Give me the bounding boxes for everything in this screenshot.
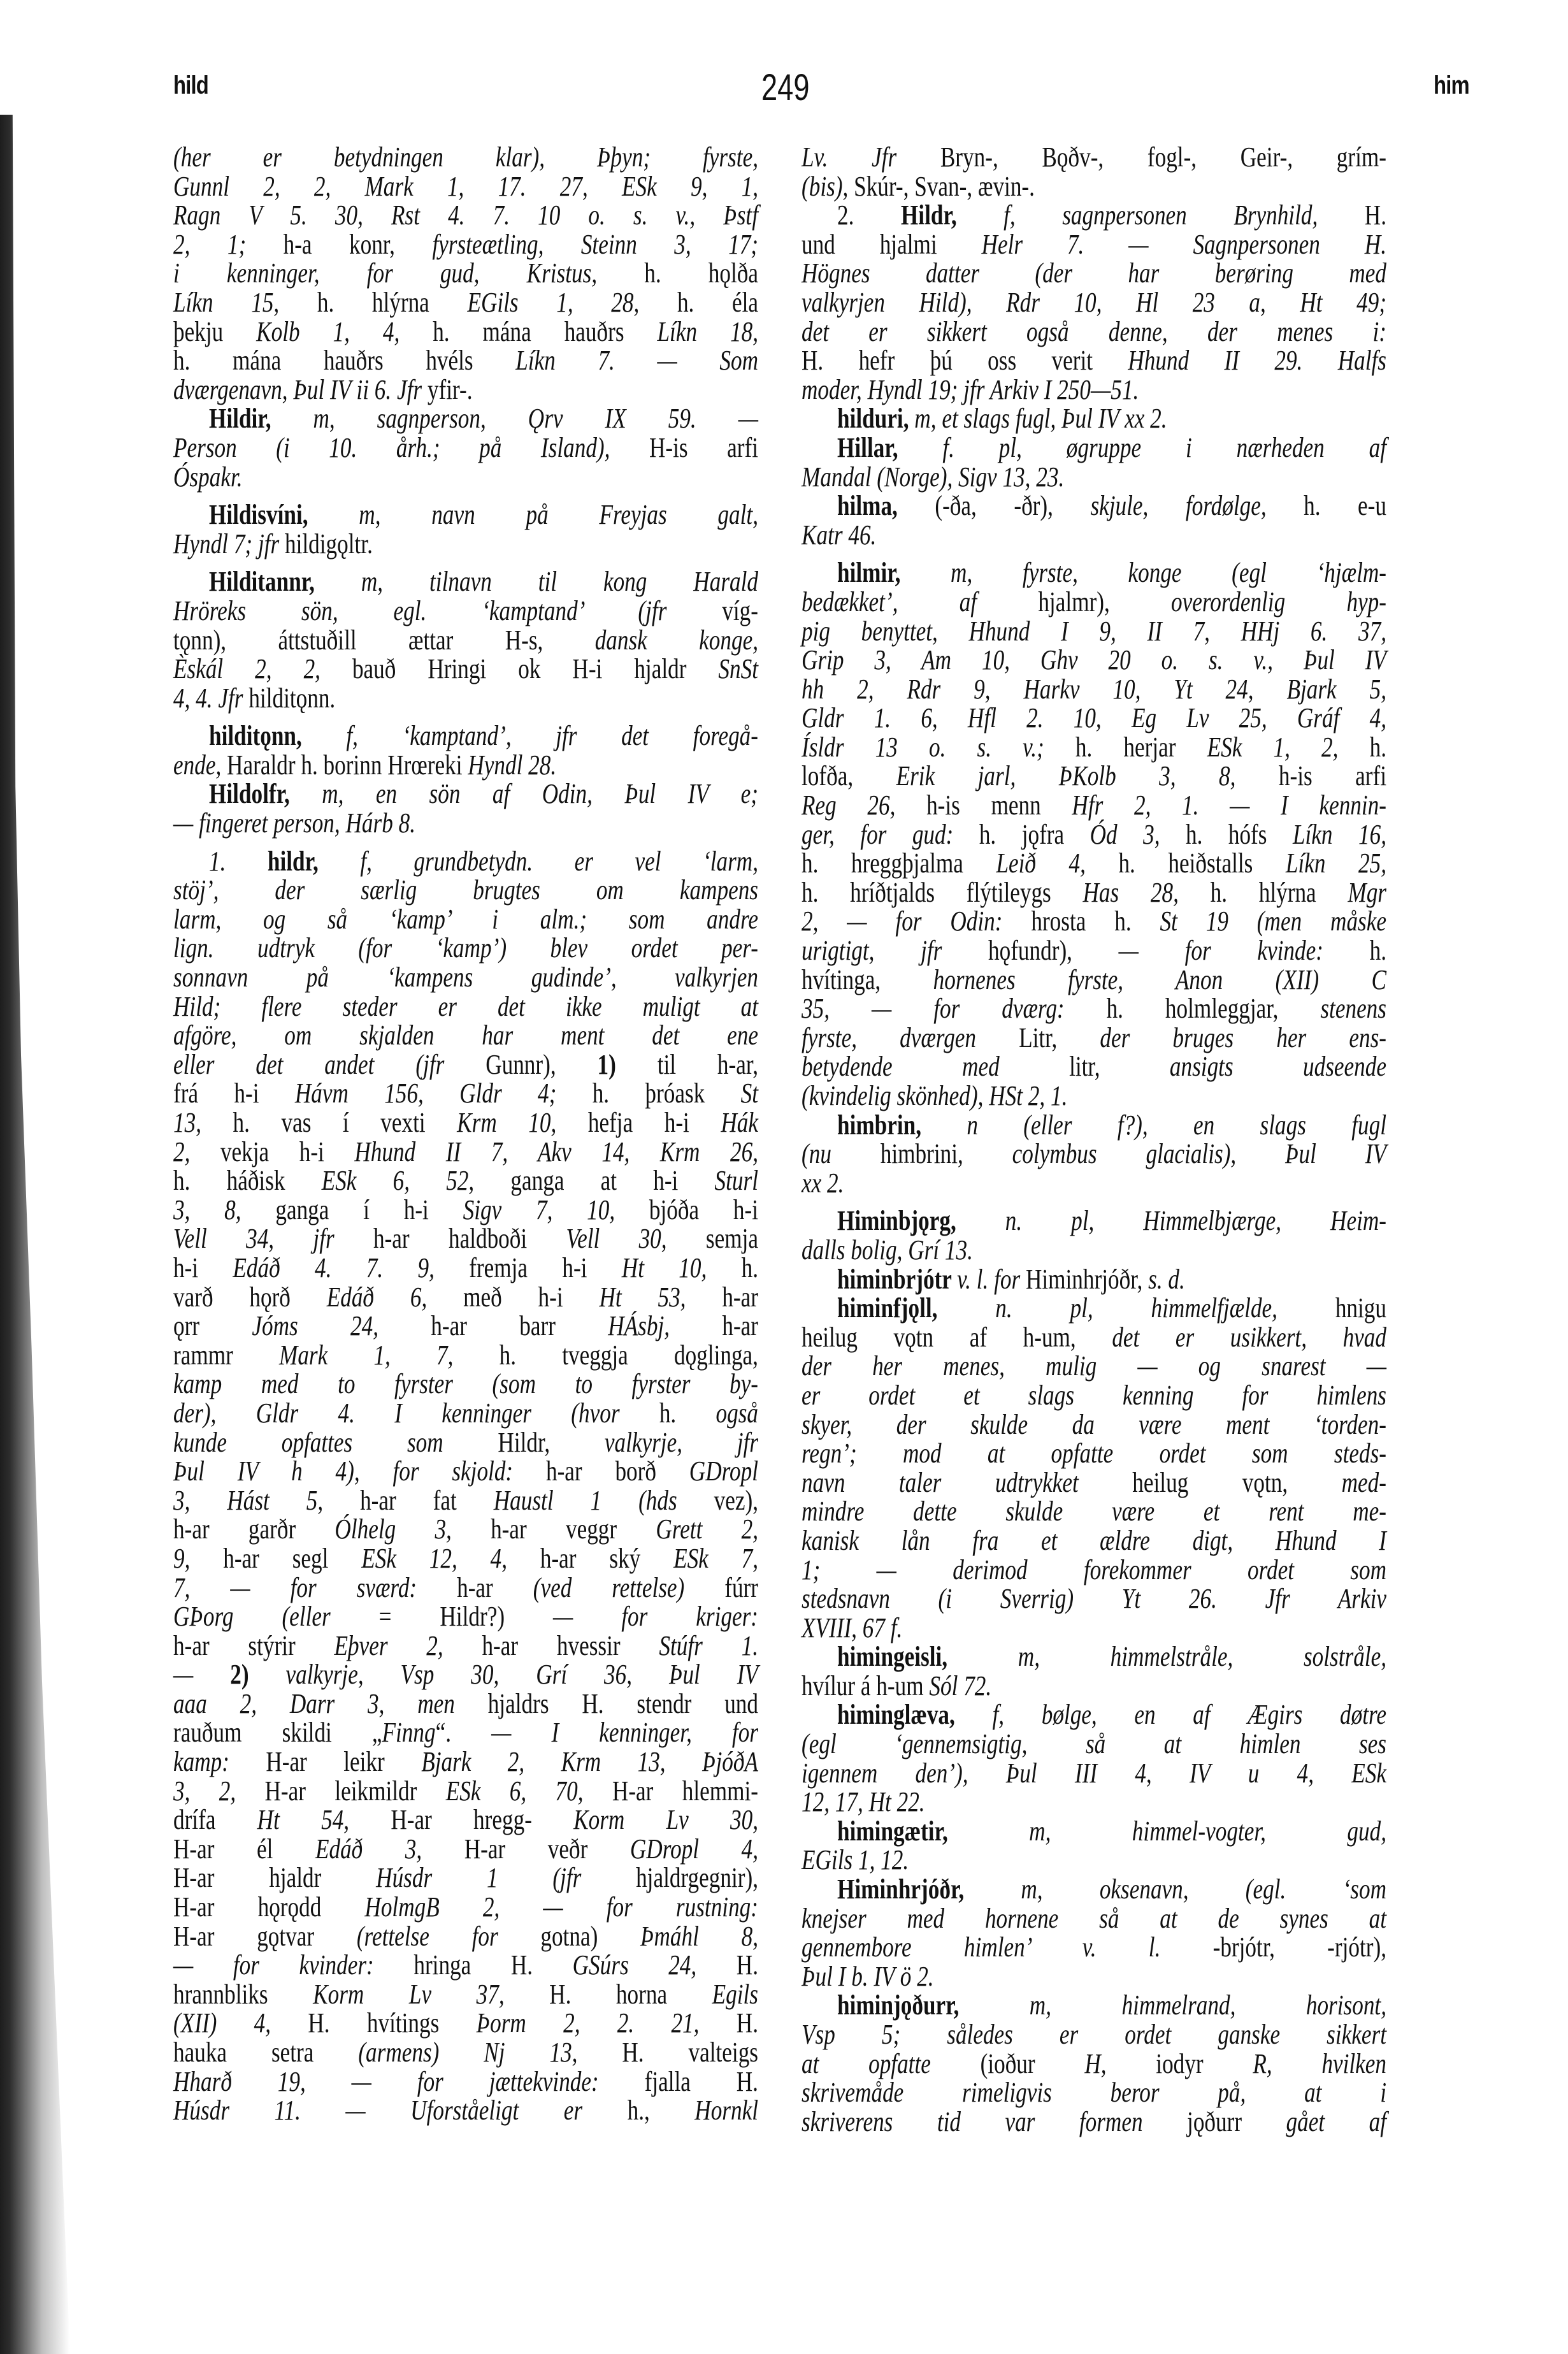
gloss-text: Hhund II 7, Akv 14, Krm 26, (354, 1136, 758, 1167)
text-line: ende, Haraldr h. borinn Hrœreki Hyndl 28… (173, 751, 758, 780)
norse-text: hnigu (1335, 1292, 1386, 1324)
gloss-text: ESk 6, 70, (446, 1775, 612, 1807)
text-line: — 2) valkyrje, Vsp 30, Grí 36, Þul IV (173, 1660, 758, 1689)
gloss-text: navn taler udtrykket (802, 1467, 1132, 1498)
gloss-text: at opfatte (802, 2048, 981, 2079)
gloss-text: aaa 2, Darr 3, men (173, 1688, 488, 1719)
gloss-text: Ísldr 13 o. s. v.; (802, 732, 1075, 763)
text-line: tǫnn), áttstuðill ættar H-s, dansk konge… (173, 626, 758, 655)
text-line: drífa Ht 54, H-ar hregg- Korm Lv 30, (173, 1805, 758, 1835)
gloss-text: fyrste, dværgen (802, 1022, 1019, 1053)
norse-text: Himinhrjóðr, (1026, 1264, 1148, 1295)
gloss-text: Hák (721, 1107, 758, 1138)
text-line: H-ar hǫrǫdd HolmgB 2, — for rustning: (173, 1893, 758, 1922)
gloss-text: (bis), (802, 171, 854, 202)
gloss-text: det er usikkert, hvad (1112, 1322, 1386, 1353)
headword: himinglæva, (837, 1699, 992, 1730)
text-line: skrivemåde rimeligvis beror på, at i (802, 2078, 1386, 2107)
headword: himinbrjótr (837, 1264, 957, 1295)
norse-text: h. éla (677, 287, 758, 318)
norse-text: fúrr (724, 1572, 758, 1603)
gloss-text: Húsdr 11. — Uforståeligt er (173, 2095, 628, 2126)
gloss-text: f, sagnpersonen Brynhild, (1003, 199, 1365, 231)
norse-text: hrosta h. (1031, 906, 1160, 937)
gloss-text: Húsdr 1 (jfr (376, 1862, 636, 1893)
norse-text: h-is menn (926, 790, 1072, 821)
gloss-text: stedsnavn (i Sverrig) Yt 26. Jfr Arkiv (802, 1583, 1386, 1614)
entry-headline: himinfjǫll, n. pl, himmelfjælde, hnigu (802, 1294, 1386, 1323)
gloss-text: hh 2, Rdr 9, Harkv 10, Yt 24, Bjark 5, (802, 674, 1386, 705)
gloss-text: St 19 (men måske (1160, 906, 1387, 937)
norse-text: Haraldr h. borinn Hrœreki (227, 749, 468, 781)
gloss-text: Líkn 18, (657, 316, 758, 347)
gloss-text: Kolb 1, 4, (256, 316, 433, 347)
gloss-text: f, ‘kamptand’, jfr det foregå- (346, 720, 758, 751)
entry-headline: himinbrjótr v. l. for Himinhrjóðr, s. d. (802, 1265, 1386, 1294)
headword: 1) (598, 1049, 658, 1080)
text-line: Hild; flere steder er det ikke muligt at (173, 992, 758, 1022)
text-line: Gldr 1. 6, Hfl 2. 10, Eg Lv 25, Gráf 4, (802, 704, 1386, 733)
text-line: 13, h. vas í vexti Krm 10, hefja h-i Hák (173, 1108, 758, 1137)
norse-text: H-ar hǫrǫdd (173, 1891, 364, 1923)
text-line: Vsp 5; således er ordet ganske sikkert (802, 2020, 1386, 2049)
gloss-text: m, sagnperson, Ǫrv IX 59. — (313, 403, 758, 434)
gloss-text: Hyndl 28. (468, 749, 556, 781)
norse-text: h-i (173, 1252, 233, 1283)
gloss-text: GDropl 4, (630, 1833, 758, 1865)
gloss-text: GÞorg (eller (173, 1601, 379, 1632)
text-line: kunde opfattes som Hildr, valkyrje, jfr (173, 1428, 758, 1457)
text-line: 7, — for sværd: h-ar (ved rettelse) fúrr (173, 1573, 758, 1603)
text-line: er ordet et slags kenning for himlens (802, 1381, 1386, 1410)
gloss-text: skriverens tid var formen (802, 2106, 1187, 2137)
gloss-text: Reg 26, (802, 790, 926, 821)
gloss-text: ESk 6, 52, (322, 1165, 511, 1196)
norse-text: H-ar leikmildr (265, 1775, 446, 1807)
gloss-text: stöj’, der særlig brugtes om kampens (173, 874, 758, 906)
norse-text: bauð Hringi ok H-i hjaldr (352, 653, 718, 684)
gloss-text: 1; — derimod forekommer ordet som (802, 1554, 1386, 1585)
norse-text: með h-i (463, 1282, 599, 1313)
guide-word-right: him (1434, 71, 1469, 100)
norse-text: yfir-. (428, 374, 473, 405)
text-line: kanisk lån fra et ældre digt, Hhund I (802, 1526, 1386, 1556)
text-line: XVIII, 67 f. (802, 1614, 1386, 1643)
gloss-text: Gunnl 2, 2, Mark 1, 17. 27, ESk 9, 1, (173, 171, 758, 202)
norse-text: hjaldrgegnir), (636, 1862, 758, 1893)
gloss-text: Has 28, (1082, 877, 1210, 908)
norse-text: lofða, (802, 760, 896, 791)
text-line: Húsdr 11. — Uforståeligt er h., Hornkl (173, 2096, 758, 2125)
norse-text: h. hreggþjalma (802, 848, 996, 879)
text-line: h. mána hauðrs hvéls Líkn 7. — Som (173, 346, 758, 375)
gloss-text: Líkn 16, (1293, 819, 1386, 850)
norse-text: hjalmr), (1038, 586, 1171, 617)
gloss-text: Hhund II 29. Halfs (1128, 345, 1386, 376)
gloss-text: valkyrjen Hild), Rdr 10, Hl 23 a, Ht 49; (802, 287, 1386, 318)
norse-text: varð hǫrð (173, 1282, 327, 1313)
gloss-text: f, bølge, en af Ægirs døtre (992, 1699, 1386, 1730)
text-line: Mandal (Norge), Sigv 13, 23. (802, 463, 1386, 492)
text-line: varð hǫrð Edáð 6, með h-i Ht 53, h-ar (173, 1283, 758, 1312)
text-line: h-ar stýrir Eþver 2, h-ar hvessir Stúfr … (173, 1631, 758, 1661)
gloss-text: 2, 1; (173, 229, 284, 260)
norse-text: hvílur á h-um (802, 1670, 929, 1701)
text-line: Person (i 10. årh.; på Island), H-is arf… (173, 433, 758, 463)
text-line: stöj’, der særlig brugtes om kampens (173, 876, 758, 905)
norse-text: H. (737, 2007, 758, 2039)
norse-text: Hildr, (498, 1427, 604, 1458)
headword: himingætir, (837, 1816, 1029, 1847)
text-line: afgöre, om skjalden har ment det ene (173, 1021, 758, 1050)
gloss-text: det er sikkert også denne, der menes i: (802, 316, 1386, 347)
text-line: Lv. Jfr Bryn-, Bǫðv-, fogl-, Geir-, grím… (802, 143, 1386, 172)
norse-text: H-ar veðr (464, 1833, 630, 1865)
norse-text: h-ar haldboði (373, 1223, 566, 1254)
entry-headline: himinjǫðurr, m, himmelrand, horisont, (802, 1991, 1386, 2020)
gloss-text: Helr 7. — Sagnpersonen H. (982, 229, 1386, 260)
norse-text: h-ar segl (223, 1543, 361, 1574)
gloss-text: Hröreks sön, egl. ‘kamptand’ (jfr (173, 595, 722, 626)
text-line: fyrste, dværgen Litr, der bruges her ens… (802, 1023, 1386, 1053)
text-line: Óspakr. (173, 463, 758, 492)
entry-headline: Hildolfr, m, en sön af Odin, Þul IV e; (173, 779, 758, 809)
text-line: H. hefr þú oss verit Hhund II 29. Halfs (802, 346, 1386, 375)
text-line: (bis), Skúr-, Svan-, ævin-. (802, 172, 1386, 201)
gloss-text: Edáð 3, (315, 1833, 464, 1865)
gloss-text: afgöre, om skjalden har ment det ene (173, 1020, 758, 1051)
gloss-text: (armens) Nj 13, (358, 2037, 622, 2068)
text-line: urigtigt, jfr hǫfundr), — for kvinde: h. (802, 936, 1386, 965)
entry-headline: himbrin, n (eller f?), en slags fugl (802, 1111, 1386, 1140)
text-line: bedækket’, af hjalmr), overordenlig hyp- (802, 588, 1386, 617)
text-line: 2, — for Odin: hrosta h. St 19 (men måsk… (802, 907, 1386, 936)
text-line: (egl ‘gennemsigtig, så at himlen ses (802, 1729, 1386, 1759)
norse-text: Bryn-, Bǫðv-, fogl-, Geir-, grím- (940, 141, 1386, 173)
text-line: ger, for gud: h. jǫfra Ód 3, h. hófs Lík… (802, 820, 1386, 849)
text-line: Hyndl 7; jfr hildigǫltr. (173, 530, 758, 559)
gloss-text: 2, — for Odin: (802, 906, 1031, 937)
gloss-text: R, hvilken (1253, 2048, 1386, 2079)
gloss-text: EGils 1, 28, (467, 287, 677, 318)
gloss-text: valkyrje, jfr (605, 1427, 758, 1458)
norse-text: hǫfundr), (988, 935, 1119, 966)
text-line: Katr 46. (802, 521, 1386, 550)
text-line: 2, vekja h-i Hhund II 7, Akv 14, Krm 26, (173, 1137, 758, 1167)
text-column-left: (her er betydningen klar), Þþyn; fyrste,… (173, 143, 758, 2125)
text-line: 2, 1; h-a konr, fyrsteætling, Steinn 3, … (173, 230, 758, 259)
headword: 2) (230, 1659, 285, 1690)
norse-text: h. hríðtjalds flýtileygs (802, 877, 1082, 908)
gloss-text: ESk 1, 2, (1207, 732, 1370, 763)
gloss-text: moder, Hyndl 19; jfr Arkiv I 250—51. (802, 374, 1139, 405)
text-line: Þul I b. IV ö 2. (802, 1962, 1386, 1991)
norse-text: vez), (714, 1485, 758, 1516)
text-line: 12, 17, Ht 22. (802, 1787, 1386, 1817)
headword: himingeisli, (837, 1641, 1018, 1672)
text-line: gennembore himlen’ v. l. -brjótr, -rjótr… (802, 1933, 1386, 1962)
gloss-text: Finng (382, 1717, 436, 1748)
headword: Hildolfr, (209, 778, 322, 809)
gloss-text: gennembore himlen’ v. l. (802, 1932, 1213, 1963)
gloss-text: Hávm 156, Gldr 4; (295, 1078, 593, 1109)
text-line: der her menes, mulig — og snarest — (802, 1352, 1386, 1381)
norse-text: (ioður (981, 2048, 1085, 2079)
gloss-text: Korm Lv 30, (573, 1804, 758, 1835)
norse-text: Gunnr), (486, 1049, 597, 1080)
norse-text: h-ar ský (540, 1543, 673, 1574)
norse-text: H-is arfi (649, 432, 758, 463)
norse-text: himbrini, (881, 1138, 1012, 1169)
norse-text: h. (659, 1397, 716, 1429)
norse-text: h-ar hvessir (482, 1630, 659, 1661)
gloss-text: Vell 34, jfr (173, 1223, 373, 1254)
gloss-text: Hfr 2, 1. — I kennin- (1072, 790, 1386, 821)
entry-headline: Himinbjǫrg, n. pl, Himmelbjærge, Heim- (802, 1206, 1386, 1236)
headword: Hildr, (901, 199, 1003, 231)
norse-text: h-ar veggr (491, 1513, 656, 1545)
text-line: h. hreggþjalma Leið 4, h. heiðstalls Lík… (802, 849, 1386, 878)
text-line: hvítinga, hornenes fyrste, Anon (XII) C (802, 965, 1386, 995)
text-line: GÞorg (eller = Hildr?) — for kriger: (173, 1602, 758, 1631)
gloss-text: (XII) 4, (173, 2007, 308, 2039)
norse-text: hefja h-i (588, 1107, 721, 1138)
gloss-text: Edáð 4. 7. 9, (233, 1252, 469, 1283)
norse-text: hringa H. (414, 1949, 572, 1981)
norse-text: h. þróask (593, 1078, 741, 1109)
text-line: 1; — derimod forekommer ordet som (802, 1556, 1386, 1585)
norse-text: h. jǫfra (979, 819, 1090, 850)
norse-text: fremja h-i (469, 1252, 622, 1283)
text-line: betydende med litr, ansigts udseende (802, 1052, 1386, 1081)
norse-text: H. valteigs (622, 2037, 758, 2068)
norse-text: H. hvítings (308, 2007, 476, 2039)
gloss-text: regn’; mod at opfatte ordet som steds- (802, 1438, 1386, 1469)
norse-text: (-ða, -ðr), (935, 490, 1090, 521)
gloss-text: m, tilnavn til kong Harald (361, 566, 758, 597)
gloss-text: Katr 46. (802, 519, 876, 551)
norse-text: litr, (1069, 1051, 1170, 1082)
text-line: lofða, Erik jarl, ÞKolb 3, 8, h-is arfi (802, 762, 1386, 791)
headword: Hildir, (209, 403, 313, 434)
norse-text: h. (1370, 732, 1386, 763)
gloss-text: Egils (712, 1979, 758, 2010)
gloss-text: m, en sön af Odin, Þul IV e; (322, 778, 758, 809)
text-line: aaa 2, Darr 3, men hjaldrs H. stendr und (173, 1689, 758, 1719)
headword: hildr, (268, 846, 360, 877)
gloss-text: (nu (802, 1138, 881, 1169)
gloss-text: Gldr 1. 6, Hfl 2. 10, Eg Lv 25, Gráf 4, (802, 702, 1386, 733)
norse-text: til h-ar, (658, 1049, 758, 1080)
gloss-text: Líkn 25, (1286, 848, 1386, 879)
headword: Hildisvíni, (209, 499, 359, 530)
headword: himinjǫðurr, (837, 1989, 1030, 2021)
gloss-text: i kenninger, for gud, Kristus, (173, 257, 644, 289)
gloss-text: Leið 4, (996, 848, 1118, 879)
text-line: igennem den’), Þul III 4, IV u 4, ESk (802, 1759, 1386, 1788)
gloss-text: n (eller f?), en slags fugl (967, 1109, 1386, 1141)
norse-text: frá h-i (173, 1078, 295, 1109)
text-line: rammr Mark 1, 7, h. tveggja dǫglinga, (173, 1341, 758, 1370)
gloss-text: Mark 1, 7, (279, 1339, 500, 1371)
norse-text: h-ar stýrir (173, 1630, 334, 1661)
gloss-text: urigtigt, jfr (802, 935, 988, 966)
text-line: der), Gldr 4. I kenninger (hvor h. også (173, 1399, 758, 1428)
entry-headline: Hildir, m, sagnperson, Ǫrv IX 59. — (173, 404, 758, 433)
norse-text: hrannbliks (173, 1979, 313, 2010)
norse-text: H-ar hlemmi- (612, 1775, 758, 1807)
entry-headline: hilma, (-ða, -ðr), skjule, fordølge, h. … (802, 491, 1386, 521)
gloss-text: Èskál 2, 2, (173, 653, 352, 684)
norse-text: tǫnn), áttstuðill ættar H-s, (173, 625, 595, 656)
gloss-text: mindre dette skulde være et rent me- (802, 1496, 1386, 1527)
gloss-text: ende, (173, 749, 227, 781)
text-line: skriverens tid var formen jǫðurr gået af (802, 2107, 1386, 2137)
gloss-text: Óspakr. (173, 461, 243, 493)
gloss-text: Ragn V 5. 30, Rst 4. 7. 10 o. s. v., Þst… (173, 199, 758, 231)
norse-text: h-ar garðr (173, 1513, 334, 1545)
text-line: at opfatte (ioður H, iodyr R, hvilken (802, 2049, 1386, 2079)
headword: Himinhrjóðr, (837, 1874, 1021, 1905)
gloss-text: dansk konge, (595, 625, 758, 656)
entry-headline: himingætir, m, himmel-vogter, gud, (802, 1817, 1386, 1846)
norse-text: h-a konr, (284, 229, 433, 260)
norse-text: fjalla H. (645, 2066, 758, 2097)
norse-text: heilug vǫtn af h-um, (802, 1322, 1112, 1353)
norse-text: h-is arfi (1279, 760, 1386, 791)
text-line: dværgenavn, Þul IV ii 6. Jfr yfir-. (173, 375, 758, 405)
text-line: 4, 4. Jfr hilditǫnn. (173, 684, 758, 713)
text-line: h-i Edáð 4. 7. 9, fremja h-i Ht 10, h. (173, 1253, 758, 1283)
gloss-text: stenens (1320, 993, 1386, 1024)
gloss-text: xx 2. (802, 1167, 844, 1199)
norse-text: hauka setra (173, 2037, 358, 2068)
text-line: Hröreks sön, egl. ‘kamptand’ (jfr víg- (173, 596, 758, 626)
gloss-text: ESk 12, 4, (361, 1543, 540, 1574)
gloss-text: Grip 3, Am 10, Ghv 20 o. s. v., Þul IV (802, 644, 1386, 675)
gloss-text: — for kvinder: (173, 1949, 414, 1981)
text-line: (nu himbrini, colymbus glacialis), Þul I… (802, 1139, 1386, 1169)
headword: hilditǫnn, (209, 720, 346, 751)
gloss-text: (rettelse for (357, 1921, 541, 1952)
text-line: det er sikkert også denne, der menes i: (802, 317, 1386, 347)
text-line: H-ar hjaldr Húsdr 1 (jfr hjaldrgegnir), (173, 1863, 758, 1893)
gloss-text: Hyndl 7; jfr (173, 528, 285, 560)
gloss-text: igennem den’), Þul III 4, IV u 4, ESk (802, 1758, 1386, 1789)
gloss-text: dalls bolig, Grí 13. (802, 1234, 973, 1266)
gloss-text: 2, (173, 1136, 220, 1167)
entry-headline: 2. Hildr, f, sagnpersonen Brynhild, H. (802, 201, 1386, 230)
norse-text: -brjótr, -rjótr), (1213, 1932, 1386, 1963)
norse-text: h-ar (722, 1310, 758, 1341)
gloss-text: SnSt (718, 653, 758, 684)
gloss-text: Ht 10, (622, 1252, 742, 1283)
gloss-text: n. pl, himmelfjælde, (995, 1292, 1335, 1324)
norse-text: H-ar hregg- (391, 1804, 573, 1835)
gloss-text: skjule, fordølge, (1090, 490, 1304, 521)
gloss-text: der), Gldr 4. I kenninger (hvor (173, 1397, 659, 1429)
norse-text: ganga í h-i (275, 1194, 463, 1225)
gloss-text: 3, 2, (173, 1775, 265, 1807)
gloss-text: valkyrje, Vsp 30, Grí 36, Þul IV (285, 1659, 758, 1690)
entry-headline: 1. hildr, f, grundbetydn. er vel ‘larm, (173, 847, 758, 876)
gloss-text: Líkn 7. — Som (515, 345, 758, 376)
gloss-text: HÁsbj, (608, 1310, 722, 1341)
norse-text: und hjalmi (802, 229, 982, 260)
norse-text: iodyr (1156, 2048, 1253, 2079)
entry-headline: Hildisvíni, m, navn på Freyjas galt, (173, 500, 758, 530)
text-line: valkyrjen Hild), Rdr 10, Hl 23 a, Ht 49; (802, 288, 1386, 317)
gloss-text: ESk 7, (673, 1543, 758, 1574)
norse-text: 2. (837, 199, 901, 231)
norse-text: h-ar barr (431, 1310, 608, 1341)
norse-text: h-ar (722, 1282, 758, 1313)
norse-text: rammr (173, 1339, 279, 1371)
gloss-text: (kvindelig skönhed), HSt 2, 1. (802, 1080, 1067, 1111)
gloss-text: colymbus glacialis), Þul IV (1012, 1138, 1386, 1169)
gloss-text: m, oksenavn, (egl. ‘som (1021, 1874, 1386, 1905)
gloss-text: larm, og så ‘kamp’ i alm.; som andre (173, 904, 758, 935)
norse-text: Skúr-, Svan-, ævin-. (854, 171, 1035, 202)
text-line: hh 2, Rdr 9, Harkv 10, Yt 24, Bjark 5, (802, 675, 1386, 704)
text-line: kamp: H-ar leikr Bjark 2, Krm 13, ÞjóðA (173, 1747, 758, 1777)
text-line: xx 2. (802, 1169, 1386, 1198)
text-line: Gunnl 2, 2, Mark 1, 17. 27, ESk 9, 1, (173, 172, 758, 201)
entry-headline: Hillar, f. pl, øgruppe i nærheden af (802, 433, 1386, 463)
headword: hilduri, (837, 403, 914, 434)
text-line: (her er betydningen klar), Þþyn; fyrste, (173, 143, 758, 172)
gloss-text: er ordet et slags kenning for himlens (802, 1380, 1386, 1411)
text-line: skyer, der skulde da være ment ‘torden- (802, 1410, 1386, 1440)
text-line: — for kvinder: hringa H. GSúrs 24, H. (173, 1951, 758, 1980)
gloss-text: m, himmelstråle, solstråle, (1018, 1641, 1386, 1672)
gloss-text: Hharð 19, — for jættekvinde: (173, 2066, 645, 2097)
gloss-text: v. l. for (957, 1264, 1026, 1295)
gloss-text: — for kriger: (553, 1601, 758, 1632)
norse-text: h. hófs (1186, 819, 1293, 850)
norse-text: hildigǫltr. (285, 528, 373, 560)
headword: Hillar, (837, 432, 942, 463)
gloss-text: Sól 72. (929, 1670, 991, 1701)
norse-text: h. (742, 1252, 758, 1283)
gloss-text: Mandal (Norge), Sigv 13, 23. (802, 461, 1064, 493)
headword: hilmir, (837, 557, 951, 588)
gloss-text: 3, Hást 5, (173, 1485, 360, 1516)
text-line: pig benyttet, Hhund I 9, II 7, HHj 6. 37… (802, 617, 1386, 646)
gloss-text: Líkn 15, (173, 287, 317, 318)
gloss-text: kunde opfattes som (173, 1427, 498, 1458)
gloss-text: Sturl (715, 1165, 758, 1196)
norse-text: semja (706, 1223, 758, 1254)
gloss-text: 12, 17, Ht 22. (802, 1786, 925, 1817)
gloss-text: fyrsteætling, Steinn 3, 17; (432, 229, 758, 260)
gloss-text: XVIII, 67 f. (802, 1612, 902, 1643)
gloss-text: pig benyttet, Hhund I 9, II 7, HHj 6. 37… (802, 616, 1386, 647)
gloss-text: Person (i 10. årh.; på Island), (173, 432, 649, 463)
text-line: — fingeret person, Hárb 8. (173, 809, 758, 838)
text-line: Högnes datter (der har berøring med (802, 259, 1386, 288)
norse-text: h. mána hauðrs hvéls (173, 345, 515, 376)
gloss-text: kamp med to fyrster (som to fyrster by- (173, 1368, 758, 1399)
gloss-text: — fingeret person, Hárb 8. (173, 807, 415, 839)
headword: Hilditannr, (209, 566, 361, 597)
text-line: 3, 2, H-ar leikmildr ESk 6, 70, H-ar hle… (173, 1777, 758, 1806)
gloss-text: med- (1342, 1467, 1386, 1498)
text-line: dalls bolig, Grí 13. (802, 1236, 1386, 1265)
text-line: stedsnavn (i Sverrig) Yt 26. Jfr Arkiv (802, 1584, 1386, 1614)
gloss-text: Ód 3, (1090, 819, 1186, 850)
gloss-text: kamp: (173, 1746, 266, 1777)
